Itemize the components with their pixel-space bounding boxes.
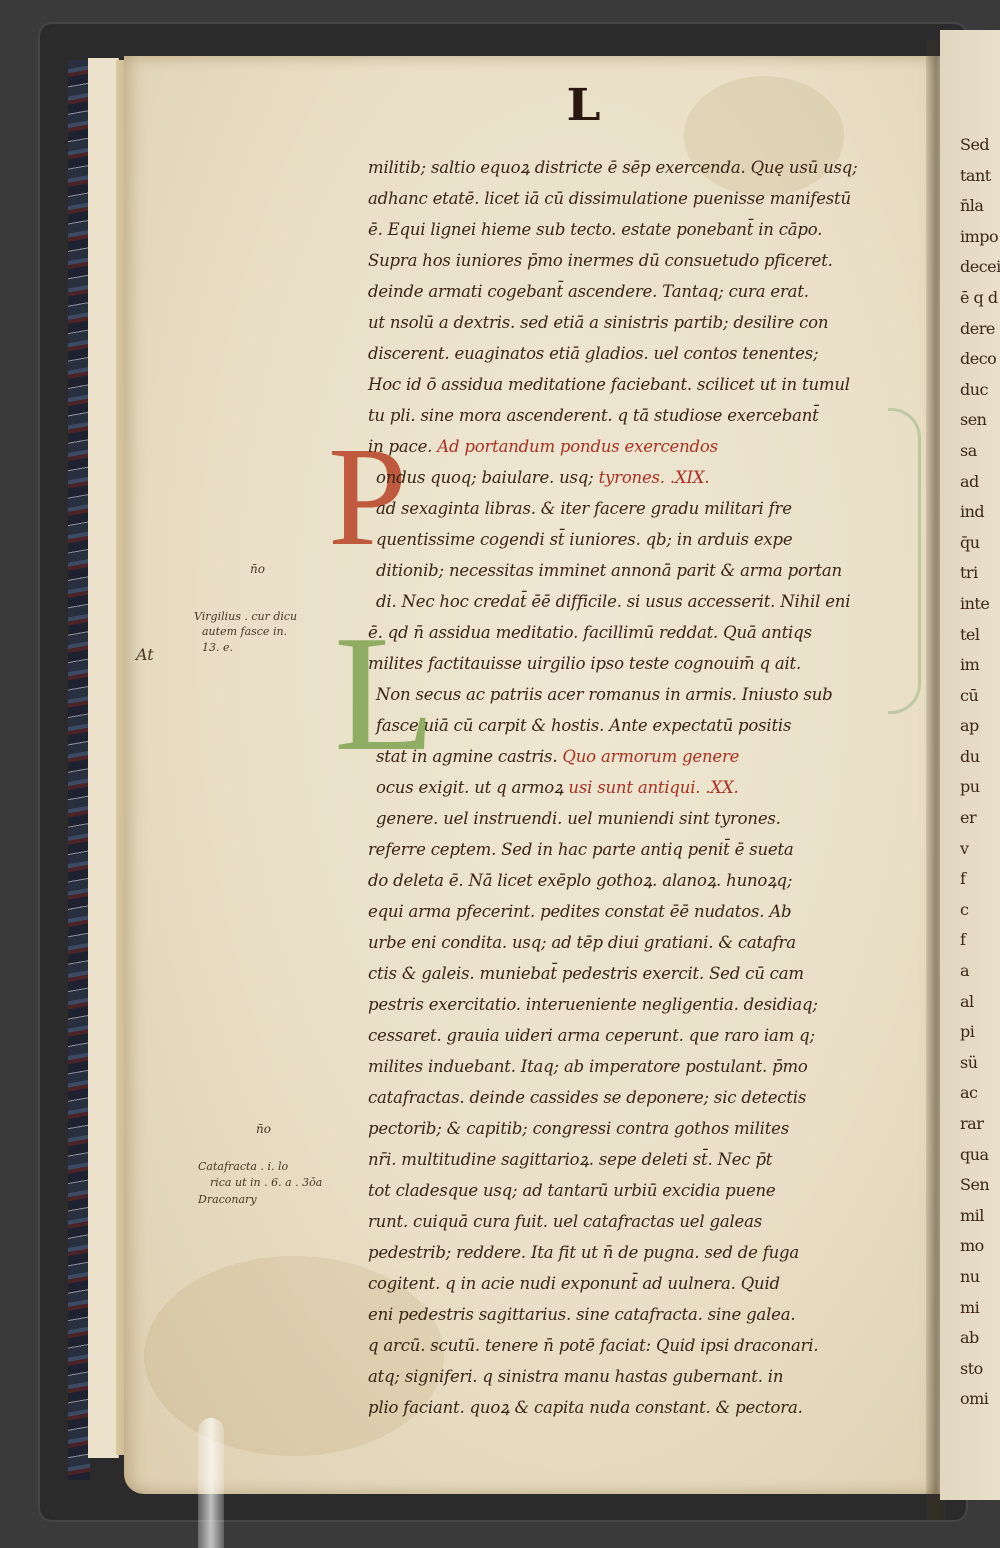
facing-page-text: Sedtantn̄laimpodeceiē q dderedecoducsens… (960, 130, 1000, 1415)
facing-text-line: deco (960, 344, 1000, 375)
facing-text-line: omi (960, 1384, 1000, 1415)
facing-text-line: cū (960, 681, 1000, 712)
text-line-body: ē. qd n̄ assidua meditatio. facillimū re… (368, 623, 812, 642)
facing-text-line: pi (960, 1017, 1000, 1048)
text-line: genere. uel instruendi. uel muniendi sin… (368, 803, 898, 834)
text-line-body: deinde armati cogebant̄ ascendere. Tanta… (368, 282, 809, 301)
quire-mark: L (566, 80, 600, 131)
marbled-endpaper (68, 60, 90, 1480)
text-line-body: stat in agmine castris. (376, 747, 557, 766)
text-line: milites induebant. Itaq; ab imperatore p… (368, 1051, 898, 1082)
rubric-heading: usi sunt antiqui. .XX. (568, 778, 738, 797)
text-line-body: genere. uel instruendi. uel muniendi sin… (376, 809, 781, 828)
flyleaf (88, 58, 119, 1458)
facing-text-line: im (960, 650, 1000, 681)
facing-text-line: sto (960, 1354, 1000, 1385)
text-line: ditionib; necessitas imminet annonā pari… (368, 555, 898, 586)
text-line-body: referre ceptem. Sed in hac parte antiq p… (368, 840, 794, 859)
facing-text-line: c (960, 895, 1000, 926)
text-line-body: q arcū. scutū. tenere n̄ potē faciat: Qu… (368, 1336, 818, 1355)
text-line: tu pli. sine mora ascenderent. q tā stud… (368, 400, 898, 431)
text-line: deinde armati cogebant̄ ascendere. Tanta… (368, 276, 898, 307)
text-line-body: urbe eni condita. usq; ad tēp diui grati… (368, 933, 796, 952)
text-line-body: nr̄i. multitudine sagittarioꝝ. sepe dele… (368, 1150, 772, 1169)
marginal-note-mark: n̄o (256, 1122, 271, 1136)
text-line-body: Supra hos iuniores p̄mo inermes dū consu… (368, 251, 833, 270)
text-line: urbe eni condita. usq; ad tēp diui grati… (368, 927, 898, 958)
facing-text-line: ac (960, 1078, 1000, 1109)
facing-text-line: f (960, 925, 1000, 956)
facing-text-line: pu (960, 772, 1000, 803)
text-line: Supra hos iuniores p̄mo inermes dū consu… (368, 245, 898, 276)
text-line-body: militib; saltio equoꝝ districte ē sēp ex… (368, 158, 858, 177)
marginal-note-mark: n̄o (250, 562, 265, 576)
text-line-body: plio faciant. quoꝝ & capita nuda constan… (368, 1398, 803, 1417)
rubric-heading: Quo armorum genere (562, 747, 739, 766)
facing-text-line: er (960, 803, 1000, 834)
marginal-note-line: rica ut in . 6. a . 3ōa (210, 1176, 322, 1190)
rubric-heading: Ad portandum pondus exercendos (437, 437, 718, 456)
main-text-block: militib; saltio equoꝝ districte ē sēp ex… (368, 152, 898, 1423)
text-line: runt. cuiquā cura fuit. uel catafractas … (368, 1206, 898, 1237)
text-line: adhanc etatē. licet iā cū dissimulatione… (368, 183, 898, 214)
text-line-body: pectorib; & capitib; congressi contra go… (368, 1119, 789, 1138)
text-line-body: ondus quoq; baiulare. usq; (376, 468, 594, 487)
text-line-body: milites induebant. Itaq; ab imperatore p… (368, 1057, 808, 1076)
text-line: Hoc id ō assidua meditatione faciebant. … (368, 369, 898, 400)
facing-text-line: Sen (960, 1170, 1000, 1201)
text-line: plio faciant. quoꝝ & capita nuda constan… (368, 1392, 898, 1423)
facing-text-line: f (960, 864, 1000, 895)
text-line-body: atq; signiferi. q sinistra manu hastas g… (368, 1367, 783, 1386)
facing-text-line: du (960, 742, 1000, 773)
facing-text-line: ad (960, 467, 1000, 498)
text-line-body: di. Nec hoc credat̄ ēē difficile. si usu… (376, 592, 850, 611)
facing-text-line: tel (960, 620, 1000, 651)
text-line: pectorib; & capitib; congressi contra go… (368, 1113, 898, 1144)
facing-text-line: a (960, 956, 1000, 987)
facing-text-line: mi (960, 1293, 1000, 1324)
text-line-body: ut nsolū a dextris. sed etiā a sinistris… (368, 313, 828, 332)
text-line: cogitent. q in acie nudi exponunt̄ ad uu… (368, 1268, 898, 1299)
text-line-body: in pace. (368, 437, 432, 456)
text-line-body: pedestrib; reddere. Ita fit ut n̄ de pug… (368, 1243, 799, 1262)
facing-text-line: decei (960, 252, 1000, 283)
facing-text-line: tant (960, 161, 1000, 192)
text-line-body: cogitent. q in acie nudi exponunt̄ ad uu… (368, 1274, 780, 1293)
page-holder-clip (198, 1418, 224, 1548)
text-line: quentissime cogendi st̄ iuniores. qb; in… (368, 524, 898, 555)
facing-text-line: ind (960, 497, 1000, 528)
text-line: ē. qd n̄ assidua meditatio. facillimū re… (368, 617, 898, 648)
facing-text-line: n̄la (960, 191, 1000, 222)
text-line-body: ctis & galeis. muniebat̄ pedestris exerc… (368, 964, 804, 983)
marginal-note-line: autem fasce in. (202, 625, 287, 639)
text-line-body: tu pli. sine mora ascenderent. q tā stud… (368, 406, 819, 425)
text-line-body: ē. Equi lignei hieme sub tecto. estate p… (368, 220, 822, 239)
text-line-body: catafractas. deinde cassides se deponere… (368, 1088, 806, 1107)
text-line: eni pedestris sagittarius. sine catafrac… (368, 1299, 898, 1330)
facing-text-line: inte (960, 589, 1000, 620)
text-line: ondus quoq; baiulare. usq; tyrones. .XIX… (368, 462, 898, 493)
marginal-note-side: At (136, 648, 154, 662)
text-line: cessaret. grauia uideri arma ceperunt. q… (368, 1020, 898, 1051)
facing-text-line: Sed (960, 130, 1000, 161)
text-line-body: pestris exercitatio. interueniente negli… (368, 995, 818, 1014)
text-line: stat in agmine castris. Quo armorum gene… (368, 741, 898, 772)
facing-text-line: nu (960, 1262, 1000, 1293)
facing-text-line: rar (960, 1109, 1000, 1140)
text-line: ocus exigit. ut q armoꝝ usi sunt antiqui… (368, 772, 898, 803)
text-line-body: runt. cuiquā cura fuit. uel catafractas … (368, 1212, 762, 1231)
text-line-body: fasce uiā cū carpit & hostis. Ante expec… (376, 716, 791, 735)
marginal-note-line: 13. e. (202, 641, 233, 655)
text-line-body: milites factitauisse uirgilio ipso teste… (368, 654, 801, 673)
text-line-body: equi arma pfecerint. pedites constat ēē … (368, 902, 791, 921)
facing-text-line: impo (960, 222, 1000, 253)
text-line: di. Nec hoc credat̄ ēē difficile. si usu… (368, 586, 898, 617)
text-line: do deleta ē. Nā licet exēplo gothoꝝ. ala… (368, 865, 898, 896)
text-line: discerent. euaginatos etiā gladios. uel … (368, 338, 898, 369)
text-line: milites factitauisse uirgilio ipso teste… (368, 648, 898, 679)
facing-text-line: tri (960, 558, 1000, 589)
text-line-body: adhanc etatē. licet iā cū dissimulatione… (368, 189, 851, 208)
text-line-body: Non secus ac patriis acer romanus in arm… (376, 685, 833, 704)
facing-text-line: sen (960, 405, 1000, 436)
text-line: pedestrib; reddere. Ita fit ut n̄ de pug… (368, 1237, 898, 1268)
text-line: tot cladesque usq; ad tantarū urbiū exci… (368, 1175, 898, 1206)
rubric-heading: tyrones. .XIX. (599, 468, 710, 487)
facing-text-line: sa (960, 436, 1000, 467)
text-line-body: ditionib; necessitas imminet annonā pari… (376, 561, 842, 580)
text-line: referre ceptem. Sed in hac parte antiq p… (368, 834, 898, 865)
text-line-body: cessaret. grauia uideri arma ceperunt. q… (368, 1026, 815, 1045)
text-line-body: quentissime cogendi st̄ iuniores. qb; in… (376, 530, 792, 549)
marginal-note-line: Catafracta . i. lo (198, 1160, 288, 1174)
text-line: ad sexaginta libras. & iter facere gradu… (368, 493, 898, 524)
text-line-body: ad sexaginta libras. & iter facere gradu… (376, 499, 792, 518)
text-line: pestris exercitatio. interueniente negli… (368, 989, 898, 1020)
facing-text-line: ab (960, 1323, 1000, 1354)
facing-text-line: dere (960, 314, 1000, 345)
facing-text-line: mil (960, 1201, 1000, 1232)
text-line-body: Hoc id ō assidua meditatione faciebant. … (368, 375, 850, 394)
text-line: Non secus ac patriis acer romanus in arm… (368, 679, 898, 710)
facing-text-line: ap (960, 711, 1000, 742)
text-line-body: tot cladesque usq; ad tantarū urbiū exci… (368, 1181, 776, 1200)
facing-text-line: duc (960, 375, 1000, 406)
text-line: in pace. Ad portandum pondus exercendos (368, 431, 898, 462)
text-line: equi arma pfecerint. pedites constat ēē … (368, 896, 898, 927)
text-line: ut nsolū a dextris. sed etiā a sinistris… (368, 307, 898, 338)
facing-text-line: sü (960, 1048, 1000, 1079)
text-line: nr̄i. multitudine sagittarioꝝ. sepe dele… (368, 1144, 898, 1175)
text-line-body: ocus exigit. ut q armoꝝ (376, 778, 563, 797)
facing-text-line: al (960, 987, 1000, 1018)
text-line: militib; saltio equoꝝ districte ē sēp ex… (368, 152, 898, 183)
text-line: ctis & galeis. muniebat̄ pedestris exerc… (368, 958, 898, 989)
marginal-note-line: Draconary (198, 1193, 257, 1207)
facing-text-line: q̄u (960, 528, 1000, 559)
text-line: catafractas. deinde cassides se deponere… (368, 1082, 898, 1113)
text-line-body: eni pedestris sagittarius. sine catafrac… (368, 1305, 795, 1324)
text-line: ē. Equi lignei hieme sub tecto. estate p… (368, 214, 898, 245)
text-line: atq; signiferi. q sinistra manu hastas g… (368, 1361, 898, 1392)
facing-text-line: ē q d (960, 283, 1000, 314)
facing-text-line: v (960, 834, 1000, 865)
facing-text-line: qua (960, 1140, 1000, 1171)
facing-text-line: mo (960, 1231, 1000, 1262)
text-line-body: discerent. euaginatos etiā gladios. uel … (368, 344, 818, 363)
text-line: q arcū. scutū. tenere n̄ potē faciat: Qu… (368, 1330, 898, 1361)
text-line-body: do deleta ē. Nā licet exēplo gothoꝝ. ala… (368, 871, 792, 890)
text-line: fasce uiā cū carpit & hostis. Ante expec… (368, 710, 898, 741)
marginal-note-line: Virgilius . cur dicu (194, 610, 297, 624)
